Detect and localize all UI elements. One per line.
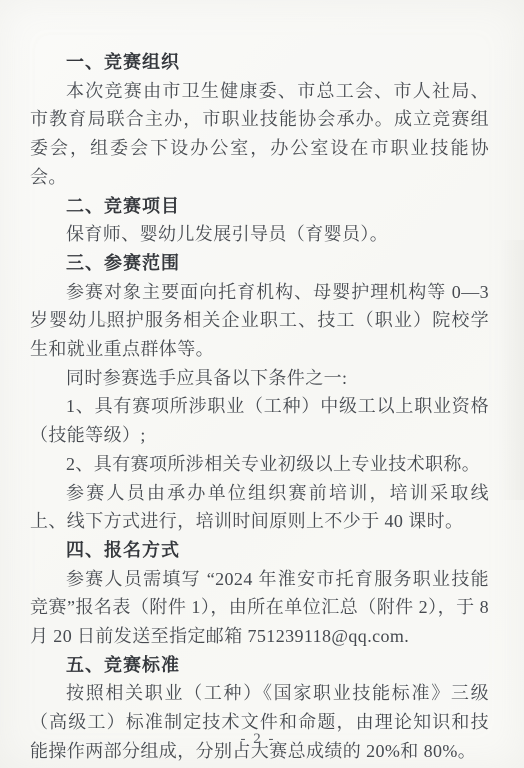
scan-shading-artifact [498,240,524,500]
paragraph: 保育师、婴幼儿发展引导员（育婴员）。 [30,220,489,249]
paragraph: 参赛人员需填写 “2024 年淮安市托育服务职业技能竞赛”报名表（附件 1），由… [30,565,489,651]
list-item-condition-1: 1、具有赛项所涉职业（工种）中级工以上职业资格（技能等级）; [30,392,489,449]
section-heading-competition-events: 二、竞赛项目 [30,192,489,221]
scanned-document-page: 一、竞赛组织 本次竞赛由市卫生健康委、市总工会、市人社局、市教育局联合主办，市职… [0,0,524,768]
document-body: 一、竞赛组织 本次竞赛由市卫生健康委、市总工会、市人社局、市教育局联合主办，市职… [30,48,489,766]
paragraph: 参赛对象主要面向托育机构、母婴护理机构等 0—3 岁婴幼儿照护服务相关企业职工、… [30,278,489,364]
paragraph: 参赛人员由承办单位组织赛前培训，培训采取线上、线下方式进行，培训时间原则上不少于… [30,479,489,536]
paragraph: 本次竞赛由市卫生健康委、市总工会、市人社局、市教育局联合主办，市职业技能协会承办… [30,77,489,192]
paragraph: 按照相关职业（工种）《国家职业技能标准》三级（高级工）标准制定技术文件和命题，由… [30,679,489,765]
section-heading-competition-organization: 一、竞赛组织 [30,48,489,77]
list-item-condition-2: 2、具有赛项所涉相关专业初级以上专业技术职称。 [30,450,489,479]
section-heading-participation-scope: 三、参赛范围 [30,249,489,278]
paragraph: 同时参赛选手应具备以下条件之一: [30,364,489,393]
section-heading-competition-standards: 五、竞赛标准 [30,651,489,680]
page-number: - 2 - [0,731,516,748]
section-heading-registration-method: 四、报名方式 [30,536,489,565]
